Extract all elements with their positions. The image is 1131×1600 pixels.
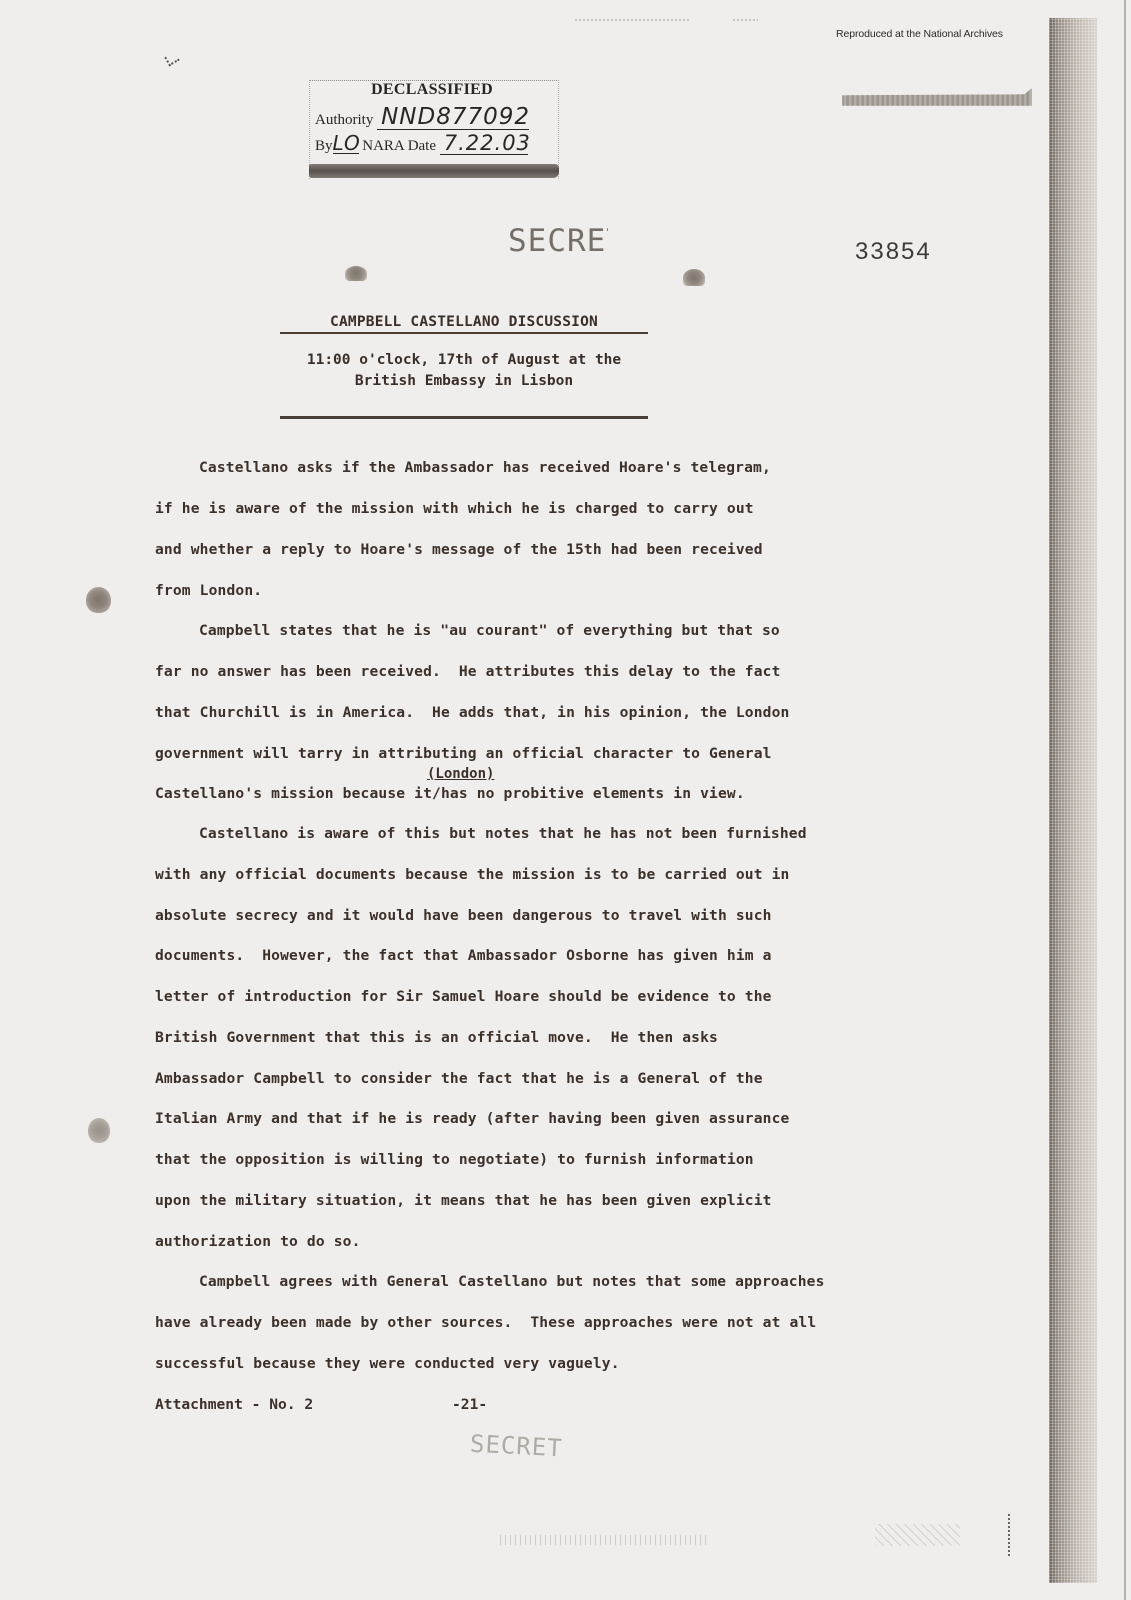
nara-date-value: 7.22.03 bbox=[440, 133, 528, 155]
document-heading: CAMPBELL CASTELLANO DISCUSSION 11:00 o'c… bbox=[280, 314, 648, 392]
stamp-redaction-bar bbox=[309, 164, 559, 178]
paragraph-3-line: letter of introduction for Sir Samuel Ho… bbox=[155, 988, 772, 1005]
paragraph-1-line: and whether a reply to Hoare's message o… bbox=[155, 541, 763, 558]
paragraph-3-line: Castellano is aware of this but notes th… bbox=[199, 825, 807, 842]
page-number: -21- bbox=[452, 1396, 487, 1413]
paragraph-4-line: Campbell agrees with General Castellano … bbox=[199, 1273, 825, 1290]
authority-label: Authority bbox=[315, 112, 373, 128]
scan-smudge bbox=[842, 88, 1032, 106]
stamp-title: DECLASSIFIED bbox=[307, 81, 557, 99]
paragraph-3-line: Ambassador Campbell to consider the fact… bbox=[155, 1070, 763, 1087]
scan-artifact bbox=[500, 1535, 710, 1545]
attachment-label: Attachment - No. 2 bbox=[155, 1396, 313, 1413]
secret-classification-mark: SECRET bbox=[508, 223, 626, 259]
paragraph-3-line: absolute secrecy and it would have been … bbox=[155, 907, 772, 924]
punch-hole-mark bbox=[88, 1118, 110, 1143]
by-initials: LO bbox=[333, 133, 359, 154]
nara-date-label: NARA Date bbox=[362, 138, 436, 154]
paragraph-2-line: Campbell states that he is "au courant" … bbox=[199, 622, 780, 639]
document-number: 33854 bbox=[855, 238, 932, 266]
scan-artifact bbox=[875, 1524, 960, 1546]
declassified-stamp: DECLASSIFIED Authority NND877092 ByLO NA… bbox=[307, 72, 559, 185]
punch-hole-mark bbox=[86, 587, 111, 613]
paragraph-2-line: government will tarry in attributing an … bbox=[155, 745, 772, 762]
interlinear-insertion: (London) bbox=[427, 766, 494, 782]
paragraph-3-line: British Government that this is an offic… bbox=[155, 1029, 718, 1046]
scan-artifact bbox=[733, 19, 758, 21]
paragraph-1-line: if he is aware of the mission with which… bbox=[155, 500, 754, 517]
stamp-authority-row: Authority NND877092 bbox=[315, 106, 529, 130]
authority-value: NND877092 bbox=[377, 106, 529, 130]
page-edge-shadow bbox=[1049, 18, 1097, 1583]
by-label: By bbox=[315, 138, 333, 154]
punch-hole-mark bbox=[345, 266, 367, 281]
paragraph-2-line: far no answer has been received. He attr… bbox=[155, 663, 781, 680]
scan-artifact bbox=[575, 19, 690, 21]
punch-hole-mark bbox=[683, 269, 705, 286]
paragraph-4-line: successful because they were conducted v… bbox=[155, 1355, 620, 1372]
corner-mark bbox=[164, 52, 179, 67]
paragraph-3-line: upon the military situation, it means th… bbox=[155, 1192, 772, 1209]
paragraph-1-line: from London. bbox=[155, 582, 262, 599]
paragraph-3-line: with any official documents because the … bbox=[155, 866, 789, 883]
paragraph-3-line: documents. However, the fact that Ambass… bbox=[155, 947, 772, 964]
document-title: CAMPBELL CASTELLANO DISCUSSION bbox=[280, 314, 648, 332]
page-border-line bbox=[1124, 0, 1126, 1600]
document-page: Reproduced at the National Archives DECL… bbox=[0, 0, 1131, 1600]
paragraph-3-line: Italian Army and that if he is ready (af… bbox=[155, 1110, 789, 1127]
scan-artifact bbox=[1008, 1512, 1010, 1556]
reproduced-at-national-archives-label: Reproduced at the National Archives bbox=[836, 28, 1003, 40]
meeting-location: British Embassy in Lisbon bbox=[280, 371, 648, 392]
heading-rule bbox=[280, 416, 648, 419]
paragraph-3-line: that the opposition is willing to negoti… bbox=[155, 1151, 754, 1168]
secret-classification-mark-bottom: SECRET bbox=[469, 1430, 563, 1463]
paragraph-2-line: Castellano's mission because it/has no p… bbox=[155, 785, 745, 802]
paragraph-2-line: that Churchill is in America. He adds th… bbox=[155, 704, 789, 721]
meeting-time: 11:00 o'clock, 17th of August at the bbox=[280, 350, 648, 371]
paragraph-3-line: authorization to do so. bbox=[155, 1233, 361, 1250]
stamp-by-date-row: ByLO NARA Date 7.22.03 bbox=[315, 133, 528, 155]
paragraph-4-line: have already been made by other sources.… bbox=[155, 1314, 816, 1331]
paragraph-1-line: Castellano asks if the Ambassador has re… bbox=[199, 459, 771, 476]
